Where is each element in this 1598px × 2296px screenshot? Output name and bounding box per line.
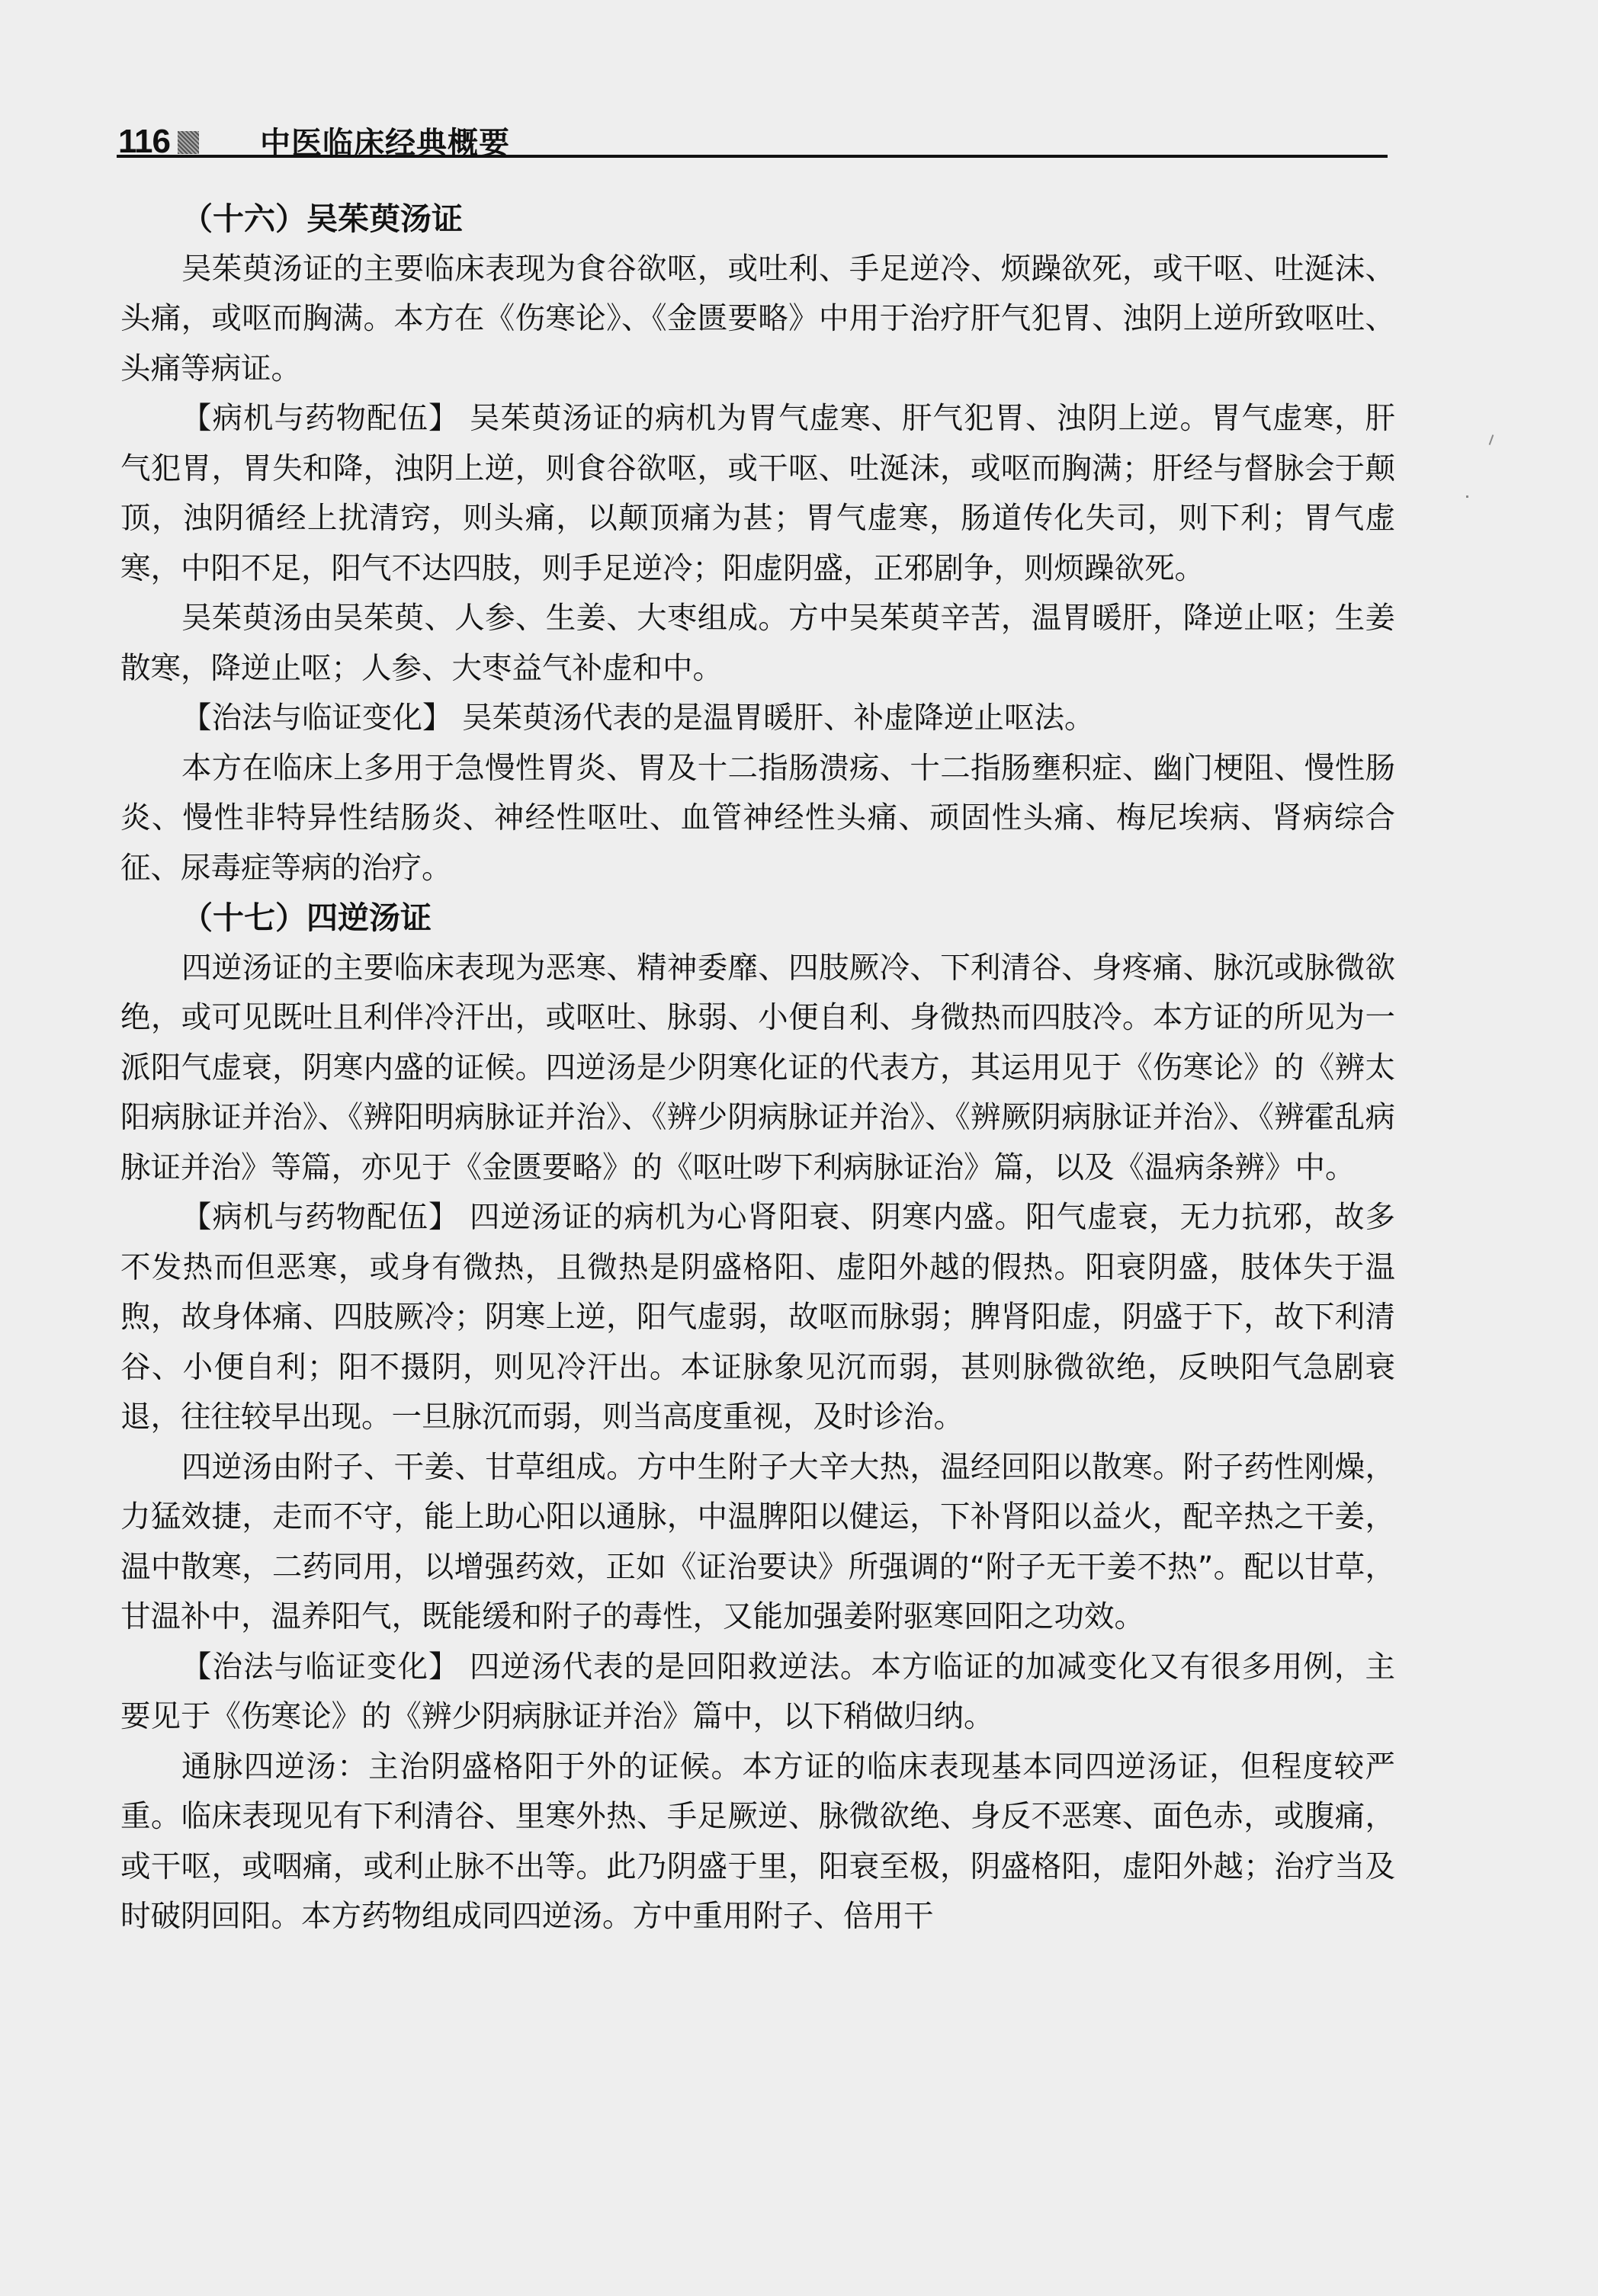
page-marker-icon bbox=[178, 131, 199, 154]
scan-mark bbox=[1466, 495, 1468, 498]
paragraph-text: 本方在临床上多用于急慢性胃炎、胃及十二指肠溃疡、十二指肠壅积症、幽门梗阻、慢性肠… bbox=[120, 751, 1395, 886]
paragraph-pathogenesis: 【病机与药物配伍】 吴茱萸汤证的病机为胃气虚寒、肝气犯胃、浊阴上逆。胃气虚寒，肝… bbox=[120, 394, 1395, 594]
paragraph-label: 【治法与临证变化】 bbox=[181, 701, 453, 736]
scan-mark bbox=[1489, 435, 1494, 445]
paragraph-clinical-presentation: 吴茱萸汤证的主要临床表现为食谷欲呕，或吐利、手足逆冷、烦躁欲死，或干呕、吐涎沫、… bbox=[120, 245, 1395, 395]
paragraph-clinical-use: 本方在临床上多用于急慢性胃炎、胃及十二指肠溃疡、十二指肠壅积症、幽门梗阻、慢性肠… bbox=[120, 744, 1395, 894]
running-header: 116 中医临床经典概要 bbox=[118, 114, 1388, 159]
paragraph-composition: 吴茱萸汤由吴茱萸、人参、生姜、大枣组成。方中吴茱萸辛苦，温胃暖肝，降逆止呕；生姜… bbox=[120, 594, 1395, 694]
paragraph-variation: 通脉四逆汤：主治阴盛格阳于外的证候。本方证的临床表现基本同四逆汤证，但程度较严重… bbox=[120, 1743, 1395, 1942]
paragraph-text: 吴茱萸汤证的主要临床表现为食谷欲呕，或吐利、手足逆冷、烦躁欲死，或干呕、吐涎沫、… bbox=[120, 252, 1395, 386]
paragraph-text: 吴茱萸汤代表的是温胃暖肝、补虚降逆止呕法。 bbox=[453, 701, 1095, 736]
paragraph-treatment: 【治法与临证变化】 吴茱萸汤代表的是温胃暖肝、补虚降逆止呕法。 bbox=[120, 694, 1395, 744]
paragraph-text: 通脉四逆汤：主治阴盛格阳于外的证候。本方证的临床表现基本同四逆汤证，但程度较严重… bbox=[120, 1749, 1395, 1935]
paragraph-text: 四逆汤由附子、干姜、甘草组成。方中生附子大辛大热，温经回阳以散寒。附子药性刚燥，… bbox=[120, 1450, 1395, 1635]
section-heading-17: （十七）四逆汤证 bbox=[120, 893, 1395, 944]
page-number: 116 bbox=[118, 125, 170, 159]
paragraph-composition: 四逆汤由附子、干姜、甘草组成。方中生附子大辛大热，温经回阳以散寒。附子药性刚燥，… bbox=[120, 1443, 1395, 1643]
paragraph-label: 【病机与药物配伍】 bbox=[181, 401, 460, 436]
paragraph-label: 【病机与药物配伍】 bbox=[181, 1200, 460, 1235]
section-heading-16: （十六）吴茱萸汤证 bbox=[120, 194, 1395, 245]
book-page: 116 中医临床经典概要 （十六）吴茱萸汤证 吴茱萸汤证的主要临床表现为食谷欲呕… bbox=[0, 0, 1598, 2296]
paragraph-treatment: 【治法与临证变化】 四逆汤代表的是回阳救逆法。本方临证的加减变化又有很多用例，主… bbox=[120, 1643, 1395, 1743]
paragraph-text: 四逆汤证的病机为心肾阳衰、阴寒内盛。阳气虚衰，无力抗邪，故多不发热而但恶寒，或身… bbox=[120, 1200, 1395, 1435]
paragraph-text: 四逆汤证的主要临床表现为恶寒、精神委靡、四肢厥冷、下利清谷、身疼痛、脉沉或脉微欲… bbox=[120, 951, 1395, 1185]
paragraph-text: 吴茱萸汤由吴茱萸、人参、生姜、大枣组成。方中吴茱萸辛苦，温胃暖肝，降逆止呕；生姜… bbox=[120, 601, 1395, 686]
paragraph-pathogenesis: 【病机与药物配伍】 四逆汤证的病机为心肾阳衰、阴寒内盛。阳气虚衰，无力抗邪，故多… bbox=[120, 1193, 1395, 1443]
paragraph-label: 【治法与临证变化】 bbox=[181, 1650, 460, 1685]
paragraph-clinical-presentation: 四逆汤证的主要临床表现为恶寒、精神委靡、四肢厥冷、下利清谷、身疼痛、脉沉或脉微欲… bbox=[120, 944, 1395, 1194]
page-body: （十六）吴茱萸汤证 吴茱萸汤证的主要临床表现为食谷欲呕，或吐利、手足逆冷、烦躁欲… bbox=[120, 194, 1395, 1942]
header-rule bbox=[117, 155, 1388, 158]
book-title: 中医临床经典概要 bbox=[260, 128, 510, 159]
